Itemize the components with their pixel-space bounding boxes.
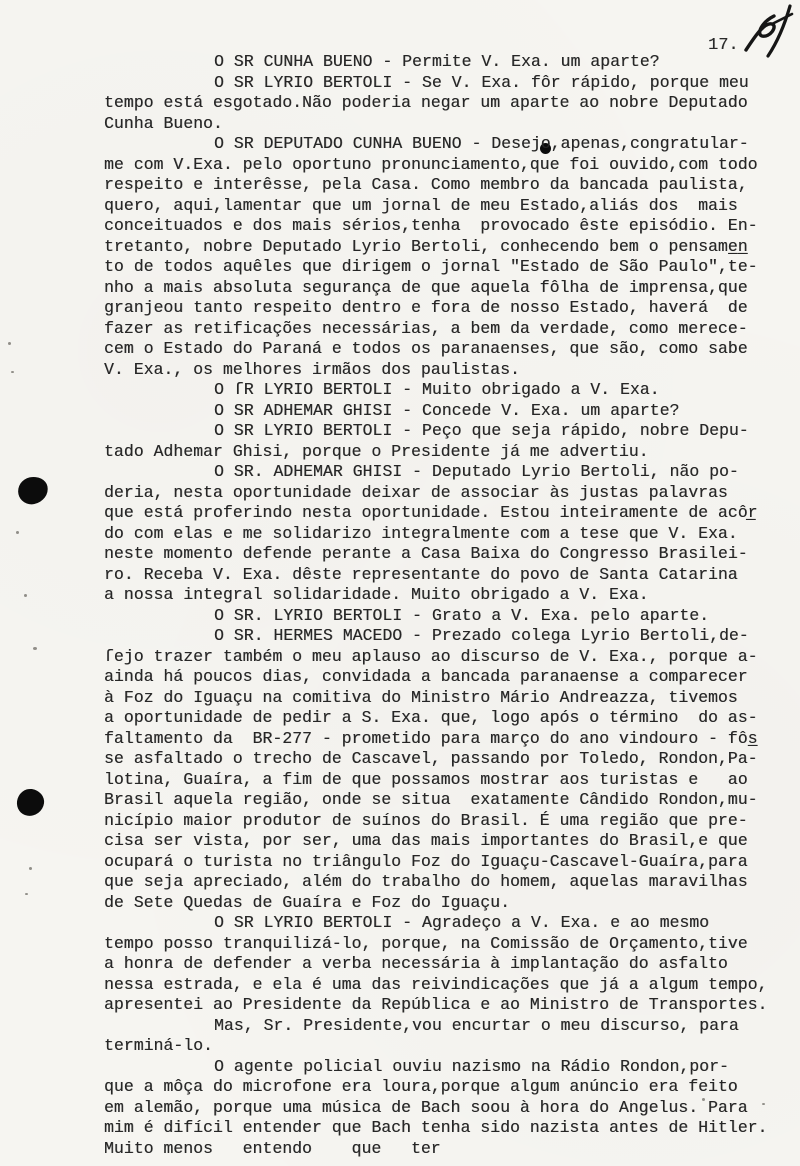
text-line: O agente policial ouviu nazismo na Rádio… (104, 1057, 784, 1078)
text-line: terminá-lo. (104, 1036, 784, 1057)
text-line: que a môça do microfone era loura,porque… (104, 1077, 784, 1098)
scan-speck (29, 867, 32, 870)
text-line: apresentei ao Presidente da República e … (104, 995, 784, 1016)
text-line: à Foz do Iguaçu na comitiva do Ministro … (104, 688, 784, 709)
text-line: me com V.Exa. pelo oportuno pronunciamen… (104, 155, 784, 176)
text-line: que está proferindo nesta oportunidade. … (104, 503, 784, 524)
text-line: O SR LYRIO BERTOLI - Agradeço a V. Exa. … (104, 913, 784, 934)
text-line: tempo posso tranquilizá-lo, porque, na C… (104, 934, 784, 955)
text-line: cisa ser vista, por ser, uma das mais im… (104, 831, 784, 852)
text-line: ocupará o turista no triângulo Foz do Ig… (104, 852, 784, 873)
text-line: fazer as retificações necessárias, a bem… (104, 319, 784, 340)
text-line: nessa estrada, e ela é uma das reivindic… (104, 975, 784, 996)
handwritten-squiggle-mark (742, 4, 798, 58)
text-line: de Sete Quedas de Guaíra e Foz do Iguaçu… (104, 893, 784, 914)
text-line: a oportunidade de pedir a S. Exa. que, l… (104, 708, 784, 729)
text-line: do com elas e me solidarizo integralment… (104, 524, 784, 545)
text-line: lotina, Guaíra, a fim de que possamos mo… (104, 770, 784, 791)
text-line: ainda há poucos dias, convidada a bancad… (104, 667, 784, 688)
text-line: a honra de defender a verba necessária à… (104, 954, 784, 975)
scan-speck (16, 531, 19, 534)
text-line: deria, nesta oportunidade deixar de asso… (104, 483, 784, 504)
text-line: O SR. ADHEMAR GHISI - Deputado Lyrio Ber… (104, 462, 784, 483)
text-line: respeito e interêsse, pela Casa. Como me… (104, 175, 784, 196)
text-line: ſejo trazer também o meu aplauso ao disc… (104, 647, 784, 668)
text-line: ro. Receba V. Exa. dêste representante d… (104, 565, 784, 586)
text-line: V. Exa., os melhores irmãos dos paulista… (104, 360, 784, 381)
scan-speck (8, 342, 11, 345)
text-line: O SR DEPUTADO CUNHA BUENO - Desejo,apena… (104, 134, 784, 155)
text-line: tempo está esgotado.Não poderia negar um… (104, 93, 784, 114)
document-page: 17. O SR CUNHA BUENO - Permite V. Exa. u… (0, 0, 800, 1166)
text-line: to de todos aquêles que dirigem o jornal… (104, 257, 784, 278)
text-line: em alemão, porque uma música de Bach soo… (104, 1098, 784, 1119)
text-line: O SR ADHEMAR GHISI - Concede V. Exa. um … (104, 401, 784, 422)
typewritten-text-block: O SR CUNHA BUENO - Permite V. Exa. um ap… (104, 52, 784, 1159)
text-line: Cunha Bueno. (104, 114, 784, 135)
text-line: O SR. LYRIO BERTOLI - Grato a V. Exa. pe… (104, 606, 784, 627)
ink-blot (15, 787, 45, 817)
text-line: nho a mais absoluta segurança de que aqu… (104, 278, 784, 299)
text-line: Mas, Sr. Presidente,vou encurtar o meu d… (104, 1016, 784, 1037)
text-line: cem o Estado do Paraná e todos os parana… (104, 339, 784, 360)
text-line: O ſR LYRIO BERTOLI - Muito obrigado a V.… (104, 380, 784, 401)
text-line: O SR LYRIO BERTOLI - Peço que seja rápid… (104, 421, 784, 442)
text-line: O SR CUNHA BUENO - Permite V. Exa. um ap… (104, 52, 784, 73)
text-line: conceituados e dos mais sérios,tenha pro… (104, 216, 784, 237)
scan-speck (11, 371, 14, 373)
text-line: O SR LYRIO BERTOLI - Se V. Exa. fôr rápi… (104, 73, 784, 94)
text-line: se asfaltado o trecho de Cascavel, passa… (104, 749, 784, 770)
text-line: Brasil aquela região, onde se situa exat… (104, 790, 784, 811)
scan-speck (25, 893, 28, 895)
text-line: tado Adhemar Ghisi, porque o Presidente … (104, 442, 784, 463)
text-line: faltamento da BR-277 - prometido para ma… (104, 729, 784, 750)
text-line: granjeou tanto respeito dentro e fora de… (104, 298, 784, 319)
text-line: O SR. HERMES MACEDO - Prezado colega Lyr… (104, 626, 784, 647)
text-line: nicípio maior produtor de suínos do Bras… (104, 811, 784, 832)
text-line: que seja apreciado, além do trabalho do … (104, 872, 784, 893)
scan-speck (33, 647, 37, 650)
text-line: a nossa integral solidaridade. Muito obr… (104, 585, 784, 606)
text-line: Muito menos entendo que ter (104, 1139, 784, 1160)
text-line: quero, aqui,lamentar que um jornal de me… (104, 196, 784, 217)
text-line: mim é difícil entender que Bach tenha si… (104, 1118, 784, 1139)
ink-blot (16, 474, 51, 507)
text-line: neste momento defende perante a Casa Bai… (104, 544, 784, 565)
text-line: tretanto, nobre Deputado Lyrio Bertoli, … (104, 237, 784, 258)
scan-speck (24, 594, 27, 597)
